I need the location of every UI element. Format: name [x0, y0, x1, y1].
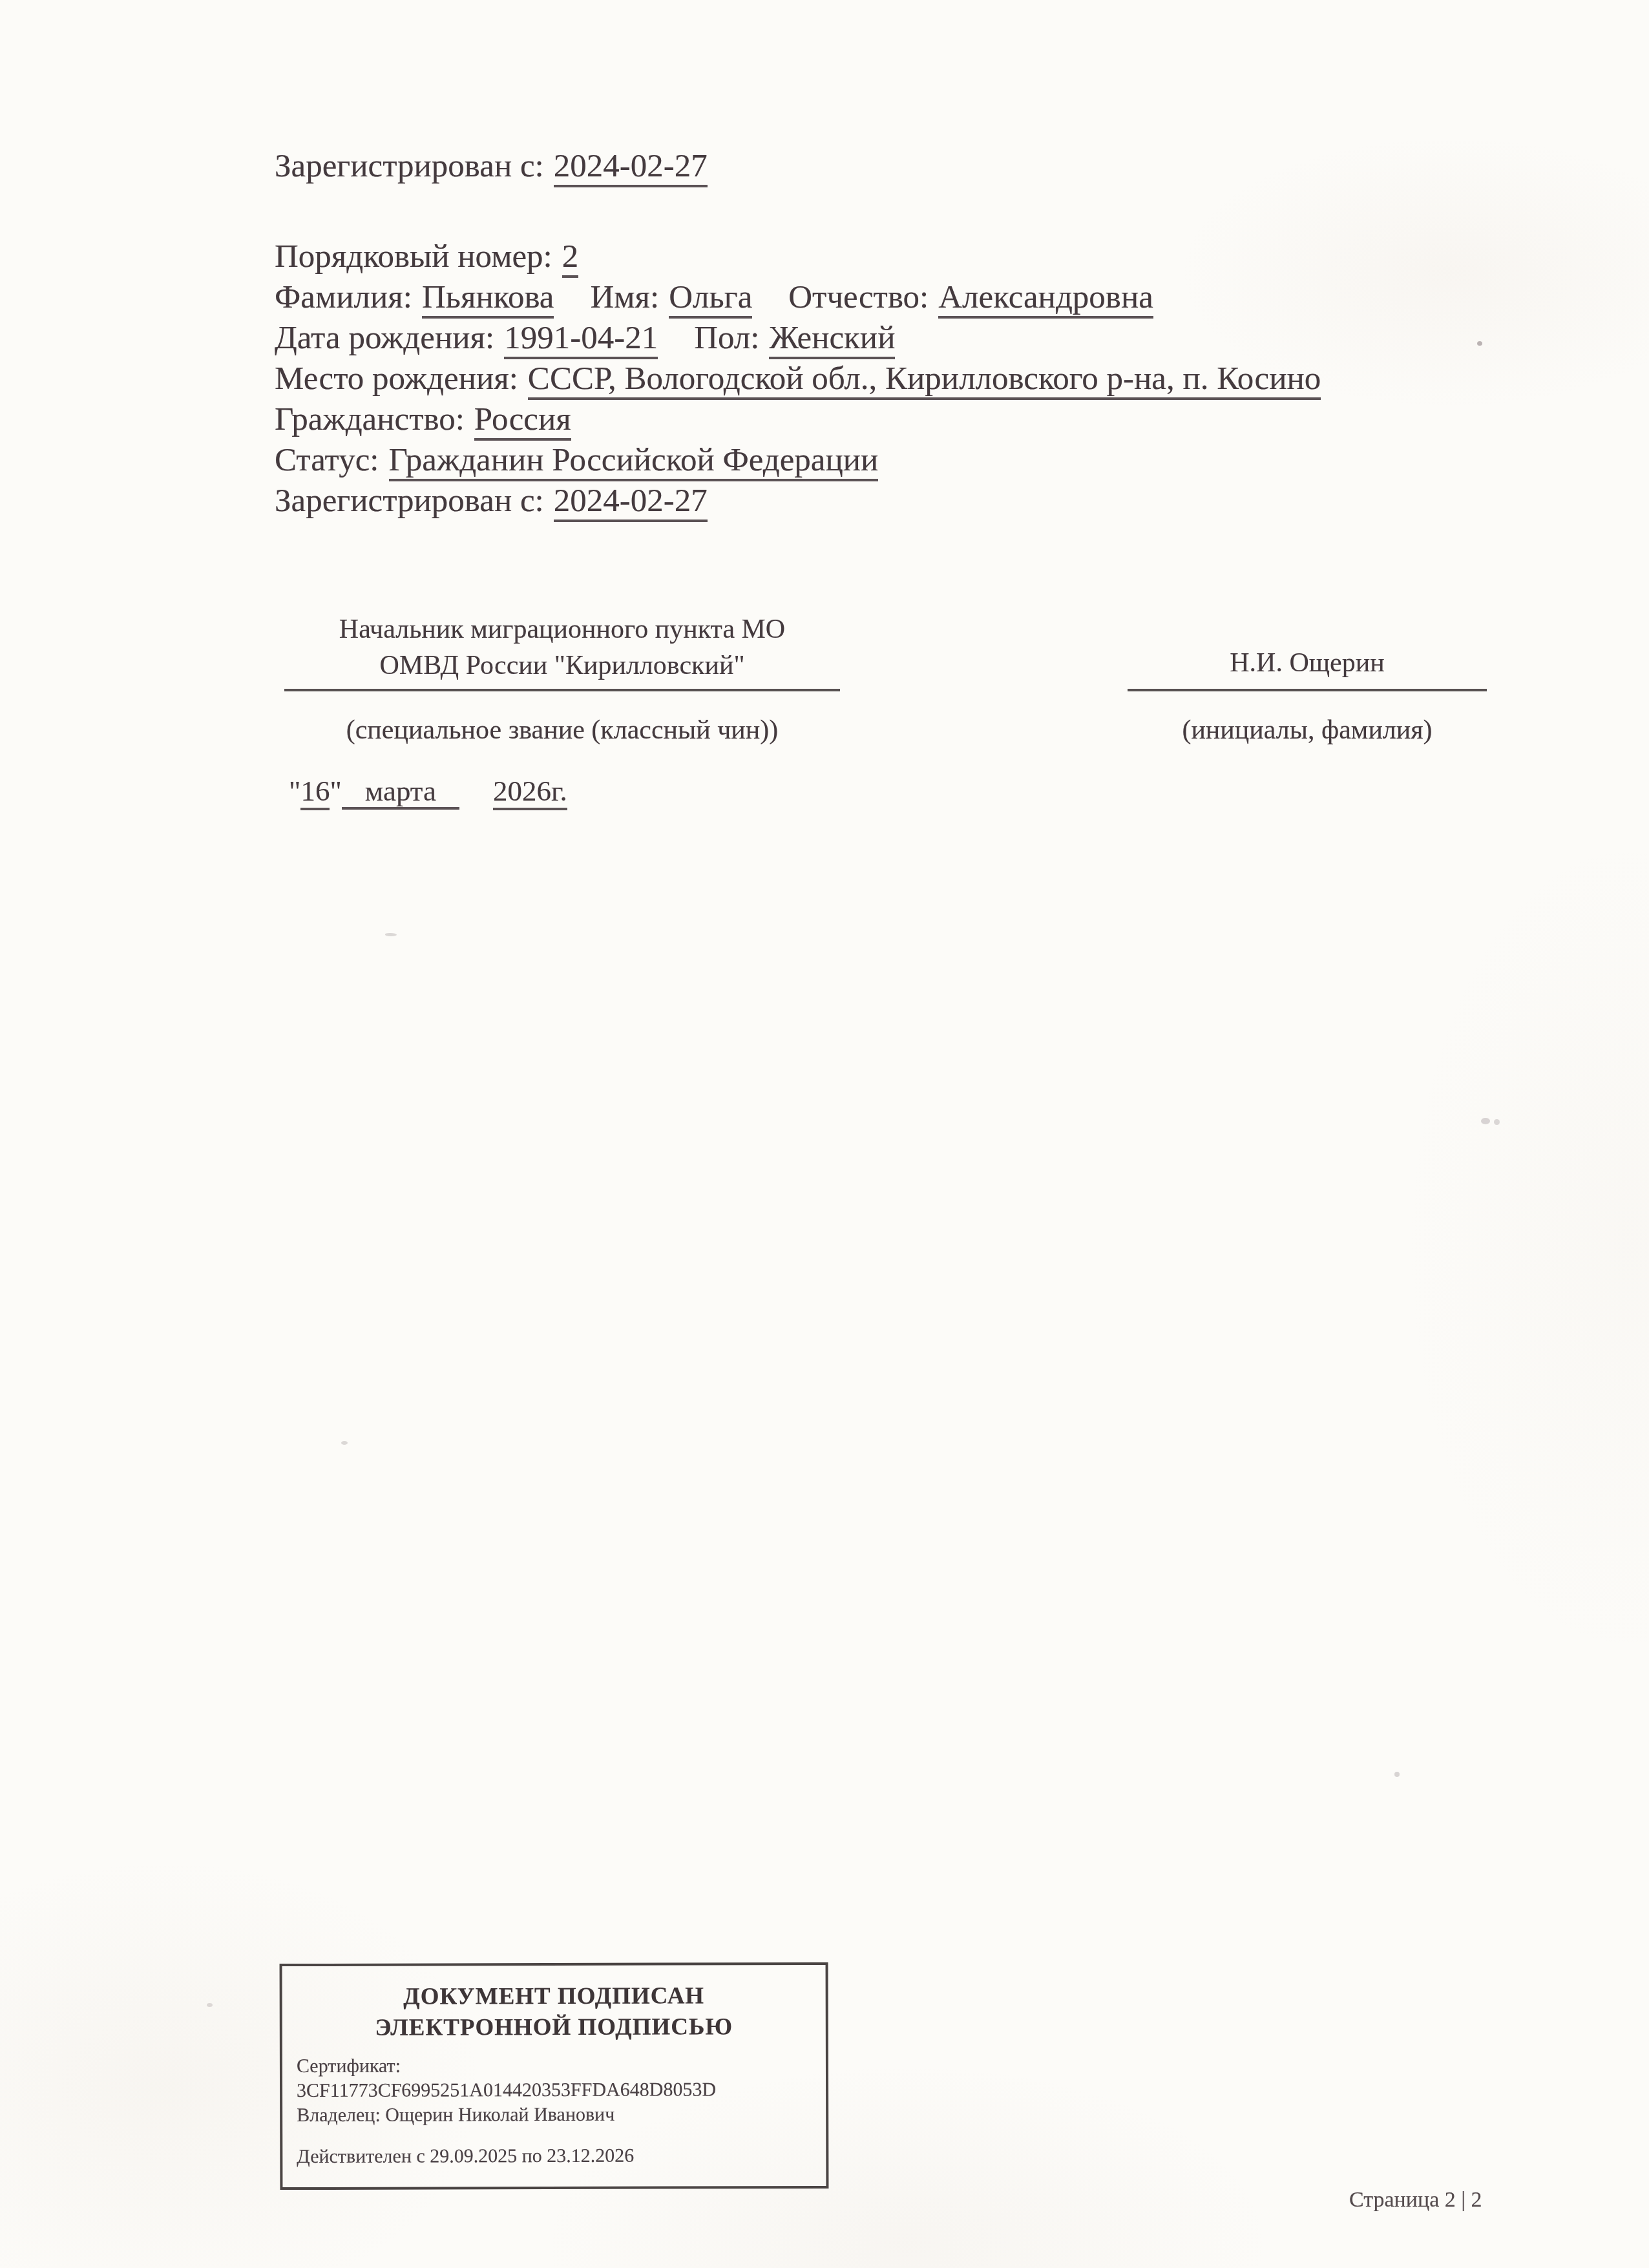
field-label: Дата рождения: — [275, 320, 494, 356]
signature-caption-name: (инициалы, фамилия) — [1128, 715, 1487, 746]
stamp-validity: Действителен с 29.09.2025 по 23.12.2026 — [297, 2145, 826, 2168]
field-value: 2 — [562, 238, 579, 278]
signature-post-line1: Начальник миграционного пункта МО — [284, 611, 840, 647]
field-registered-from: Зарегистрирован с:2024-02-27 — [275, 481, 1321, 521]
date-close-quote: " — [330, 775, 341, 807]
field-label: Порядковый номер: — [275, 238, 552, 275]
date-year: 2026г. — [493, 775, 567, 810]
stamp-body: Сертификат: 3CF11773CF6995251A014420353F… — [297, 2053, 826, 2128]
page-number-label: Страница 2 | 2 — [1349, 2188, 1482, 2212]
field-full-name: Фамилия:ПьянковаИмя:ОльгаОтчество:Алекса… — [275, 277, 1321, 318]
field-birth-date-sex: Дата рождения:1991-04-21Пол:Женский — [275, 318, 1321, 359]
date-day: 16 — [300, 775, 330, 810]
scan-speck — [1394, 1772, 1400, 1777]
stamp-title: ДОКУМЕНТ ПОДПИСАН ЭЛЕКТРОННОЙ ПОДПИСЬЮ — [282, 1980, 826, 2044]
field-label: Имя: — [590, 279, 659, 315]
field-value: Ольга — [669, 279, 752, 319]
field-value: 2024-02-27 — [554, 148, 708, 187]
field-value: Гражданин Российской Федерации — [389, 442, 879, 481]
signer-name: Н.И. Ощерин — [1128, 646, 1487, 680]
field-label: Пол: — [694, 320, 759, 356]
scan-speck — [1481, 1118, 1490, 1124]
field-label: Отчество: — [788, 279, 929, 315]
field-label: Фамилия: — [275, 279, 412, 315]
field-registered-top: Зарегистрирован с:2024-02-27 — [275, 147, 708, 185]
field-label: Место рождения: — [275, 361, 518, 397]
scanned-document-page: Зарегистрирован с:2024-02-27 Порядковый … — [0, 0, 1649, 2268]
signature-post-block: Начальник миграционного пункта МО ОМВД Р… — [284, 611, 840, 691]
signature-line-left — [284, 689, 840, 691]
signature-post-line2: ОМВД России "Кирилловский" — [284, 647, 840, 684]
field-value: Пьянкова — [422, 279, 554, 319]
signature-line-right — [1128, 689, 1487, 691]
field-label: Зарегистрирован с: — [275, 483, 544, 519]
scan-speck — [1494, 1119, 1500, 1125]
stamp-certificate-label: Сертификат: — [297, 2053, 826, 2079]
scan-speck — [207, 2003, 213, 2007]
field-label: Гражданство: — [275, 401, 465, 437]
scan-speck — [341, 1441, 348, 1445]
field-value: Россия — [474, 401, 571, 441]
stamp-owner: Владелец: Ощерин Николай Иванович — [297, 2102, 826, 2128]
stamp-title-line2: ЭЛЕКТРОННОЙ ПОДПИСЬЮ — [282, 2011, 826, 2044]
date-month: марта — [342, 775, 459, 810]
signature-name-block: Н.И. Ощерин — [1128, 646, 1487, 691]
field-value: Александровна — [938, 279, 1153, 319]
scan-speck — [385, 933, 397, 936]
field-label: Зарегистрирован с: — [275, 148, 544, 184]
signature-caption-rank: (специальное звание (классный чин)) — [284, 715, 840, 746]
signature-date: "16"марта2026г. — [289, 774, 567, 808]
field-serial-number: Порядковый номер:2 — [275, 236, 1321, 277]
electronic-signature-stamp: ДОКУМЕНТ ПОДПИСАН ЭЛЕКТРОННОЙ ПОДПИСЬЮ С… — [280, 1962, 829, 2190]
field-value: Женский — [769, 320, 895, 359]
scan-speck — [1477, 341, 1482, 346]
field-birth-place: Место рождения:СССР, Вологодской обл., К… — [275, 359, 1321, 399]
field-value: 1991-04-21 — [504, 320, 658, 359]
stamp-title-line1: ДОКУМЕНТ ПОДПИСАН — [282, 1980, 826, 2013]
field-value: 2024-02-27 — [554, 483, 708, 522]
date-open-quote: " — [289, 775, 300, 807]
field-citizenship: Гражданство:Россия — [275, 399, 1321, 440]
field-status: Статус:Гражданин Российской Федерации — [275, 440, 1321, 481]
field-value: СССР, Вологодской обл., Кирилловского р-… — [528, 361, 1321, 400]
stamp-certificate-value: 3CF11773CF6995251A014420353FFDA648D8053D — [297, 2077, 826, 2103]
person-fields-block: Порядковый номер:2 Фамилия:ПьянковаИмя:О… — [275, 236, 1321, 521]
field-label: Статус: — [275, 442, 379, 478]
